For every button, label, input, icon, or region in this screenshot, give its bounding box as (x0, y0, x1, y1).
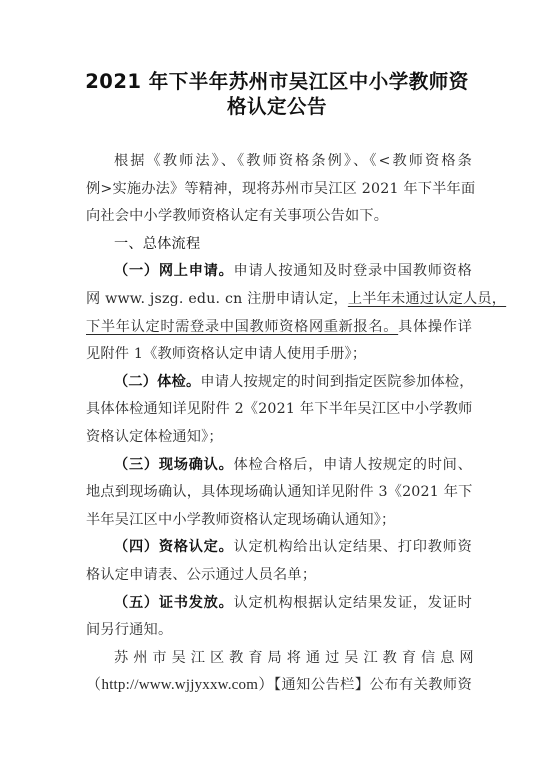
intro-line-2: 例>实施办法》等精神，现将苏州市吴江区 2021 年下半年面 (86, 176, 472, 204)
step2-line-1: （二）体检。申请人按规定的时间到指定医院参加体检， (86, 369, 472, 397)
document-body: 根据《教师法》、《教师资格条例》、《<教师资格条 例>实施办法》等精神，现将苏州… (86, 148, 472, 700)
step1-underlined-2: 下半年认定时需登录中国教师资格网重新报名。 (86, 319, 398, 335)
step1-text-3: 具体操作详 (398, 319, 472, 335)
intro-line-1: 根据《教师法》、《教师资格条例》、《<教师资格条 (86, 148, 472, 176)
closing-line-2: （http://www.wjjyxxw.com）【通知公告栏】公布有关教师资 (86, 672, 472, 700)
closing-bracket-text: 【通知公告栏】 (274, 677, 370, 693)
title-line-2: 格认定公告 (70, 94, 484, 119)
step1-line-4: 见附件 1《教师资格认定申请人使用手册》； (86, 341, 472, 369)
step1-line-2: 网 www. jszg. edu. cn 注册申请认定，上半年未通过认定人员， (86, 286, 472, 314)
step5-line-1: （五）证书发放。认定机构根据认定结果发证，发证时 (86, 590, 472, 618)
closing-line-1: 苏州市吴江区教育局将通过吴江教育信息网 (86, 645, 472, 673)
step1-underlined-1: 上半年未通过认定人员， (348, 291, 506, 307)
title-line-1: 2021 年下半年苏州市吴江区中小学教师资 (70, 69, 484, 94)
step3-text: 体检合格后，申请人按规定的时间、 (234, 457, 472, 473)
step1-label: （一）网上申请。 (114, 263, 234, 279)
step4-line-1: （四）资格认定。认定机构给出认定结果、打印教师资 (86, 534, 472, 562)
closing-url: （http://www.wjjyxxw.com） (86, 677, 274, 693)
step2-line-2: 具体体检通知详见附件 2《2021 年下半年吴江区中小学教师 (86, 396, 472, 424)
step5-line-2: 间另行通知。 (86, 617, 472, 645)
step1-line-3: 下半年认定时需登录中国教师资格网重新报名。具体操作详 (86, 314, 472, 342)
step1-line-1: （一）网上申请。申请人按通知及时登录中国教师资格 (86, 258, 472, 286)
step5-label: （五）证书发放。 (114, 595, 234, 611)
step2-label: （二）体检。 (114, 374, 200, 390)
step3-label: （三）现场确认。 (114, 457, 234, 473)
step4-text: 认定机构给出认定结果、打印教师资 (234, 539, 472, 555)
step5-text: 认定机构根据认定结果发证，发证时 (234, 595, 472, 611)
step1-text: 申请人按通知及时登录中国教师资格 (234, 263, 472, 279)
document-page: 2021 年下半年苏州市吴江区中小学教师资 格认定公告 根据《教师法》、《教师资… (0, 0, 554, 784)
document-title: 2021 年下半年苏州市吴江区中小学教师资 格认定公告 (70, 69, 484, 119)
intro-line-3: 向社会中小学教师资格认定有关事项公告如下。 (86, 203, 472, 231)
step3-line-3: 半年吴江区中小学教师资格认定现场确认通知》； (86, 507, 472, 535)
step4-label: （四）资格认定。 (114, 539, 234, 555)
closing-rest: 公布有关教师资 (370, 677, 472, 693)
step2-text: 申请人按规定的时间到指定医院参加体检， (200, 374, 473, 390)
section-heading: 一、总体流程 (86, 231, 472, 259)
step2-line-3: 资格认定体检通知》； (86, 424, 472, 452)
step4-line-2: 格认定申请表、公示通过人员名单； (86, 562, 472, 590)
step1-url-text: 网 www. jszg. edu. cn 注册申请认定， (86, 291, 348, 307)
step3-line-1: （三）现场确认。体检合格后，申请人按规定的时间、 (86, 452, 472, 480)
step3-line-2: 地点到现场确认，具体现场确认通知详见附件 3《2021 年下 (86, 479, 472, 507)
